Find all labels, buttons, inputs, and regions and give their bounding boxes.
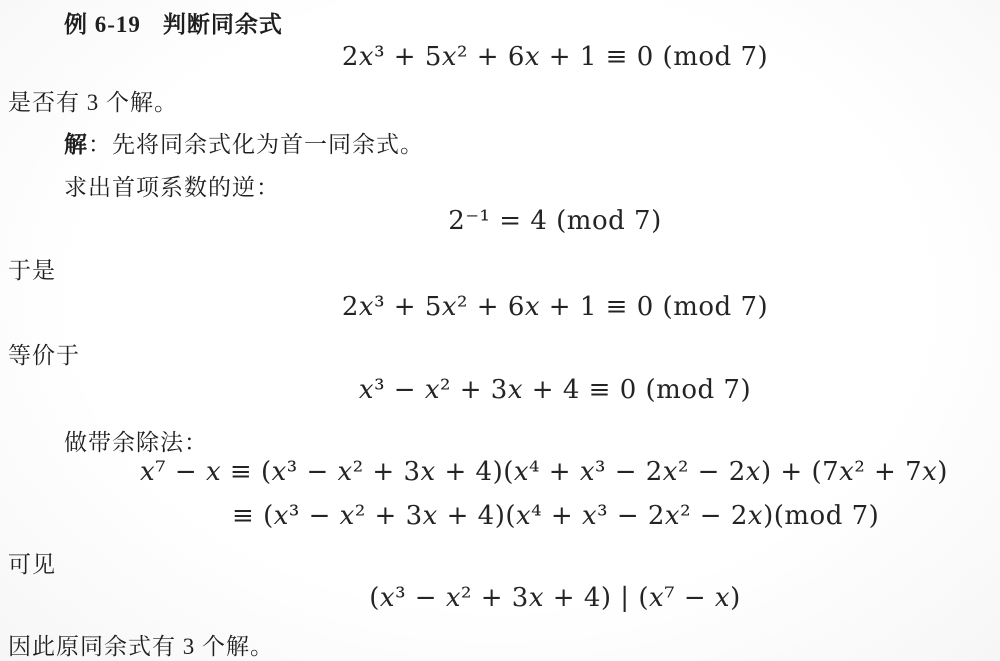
- formula-division-line1: x⁷ − x ≡ (x³ − x² + 3x + 4)(x⁴ + x³ − 2x…: [140, 457, 948, 487]
- thus-text: 于是: [8, 252, 56, 285]
- example-title: 判断同余式: [163, 12, 283, 37]
- formula-divisibility: (x³ − x² + 3x + 4) | (x⁷ − x): [110, 583, 1000, 613]
- textbook-page: 例 6-19判断同余式 2x³ + 5x² + 6x + 1 ≡ 0 (mod …: [0, 0, 1000, 661]
- formula-monic-congruence: x³ − x² + 3x + 4 ≡ 0 (mod 7): [110, 375, 1000, 405]
- formula-division-line2: ≡ (x³ − x² + 3x + 4)(x⁴ + x³ − 2x² − 2x)…: [232, 501, 879, 531]
- example-number: 例 6-19: [64, 12, 141, 37]
- solution-text: ：先将同余式化为首一同余式。: [88, 132, 424, 157]
- conclusion-text: 因此原同余式有 3 个解。: [8, 628, 274, 661]
- formula-inverse: 2⁻¹ = 4 (mod 7): [110, 206, 1000, 236]
- solution-label: 解: [64, 132, 88, 157]
- equivalent-text: 等价于: [8, 337, 80, 370]
- formula-original-repeat: 2x³ + 5x² + 6x + 1 ≡ 0 (mod 7): [110, 292, 1000, 322]
- find-inverse-text: 求出首项系数的逆：: [64, 169, 280, 202]
- division-intro-text: 做带余除法：: [64, 424, 208, 457]
- visible-text: 可见: [8, 546, 56, 579]
- question-text: 是否有 3 个解。: [8, 84, 178, 117]
- solution-line: 解：先将同余式化为首一同余式。: [64, 126, 424, 159]
- example-heading: 例 6-19判断同余式: [64, 6, 283, 39]
- formula-original-congruence: 2x³ + 5x² + 6x + 1 ≡ 0 (mod 7): [110, 42, 1000, 72]
